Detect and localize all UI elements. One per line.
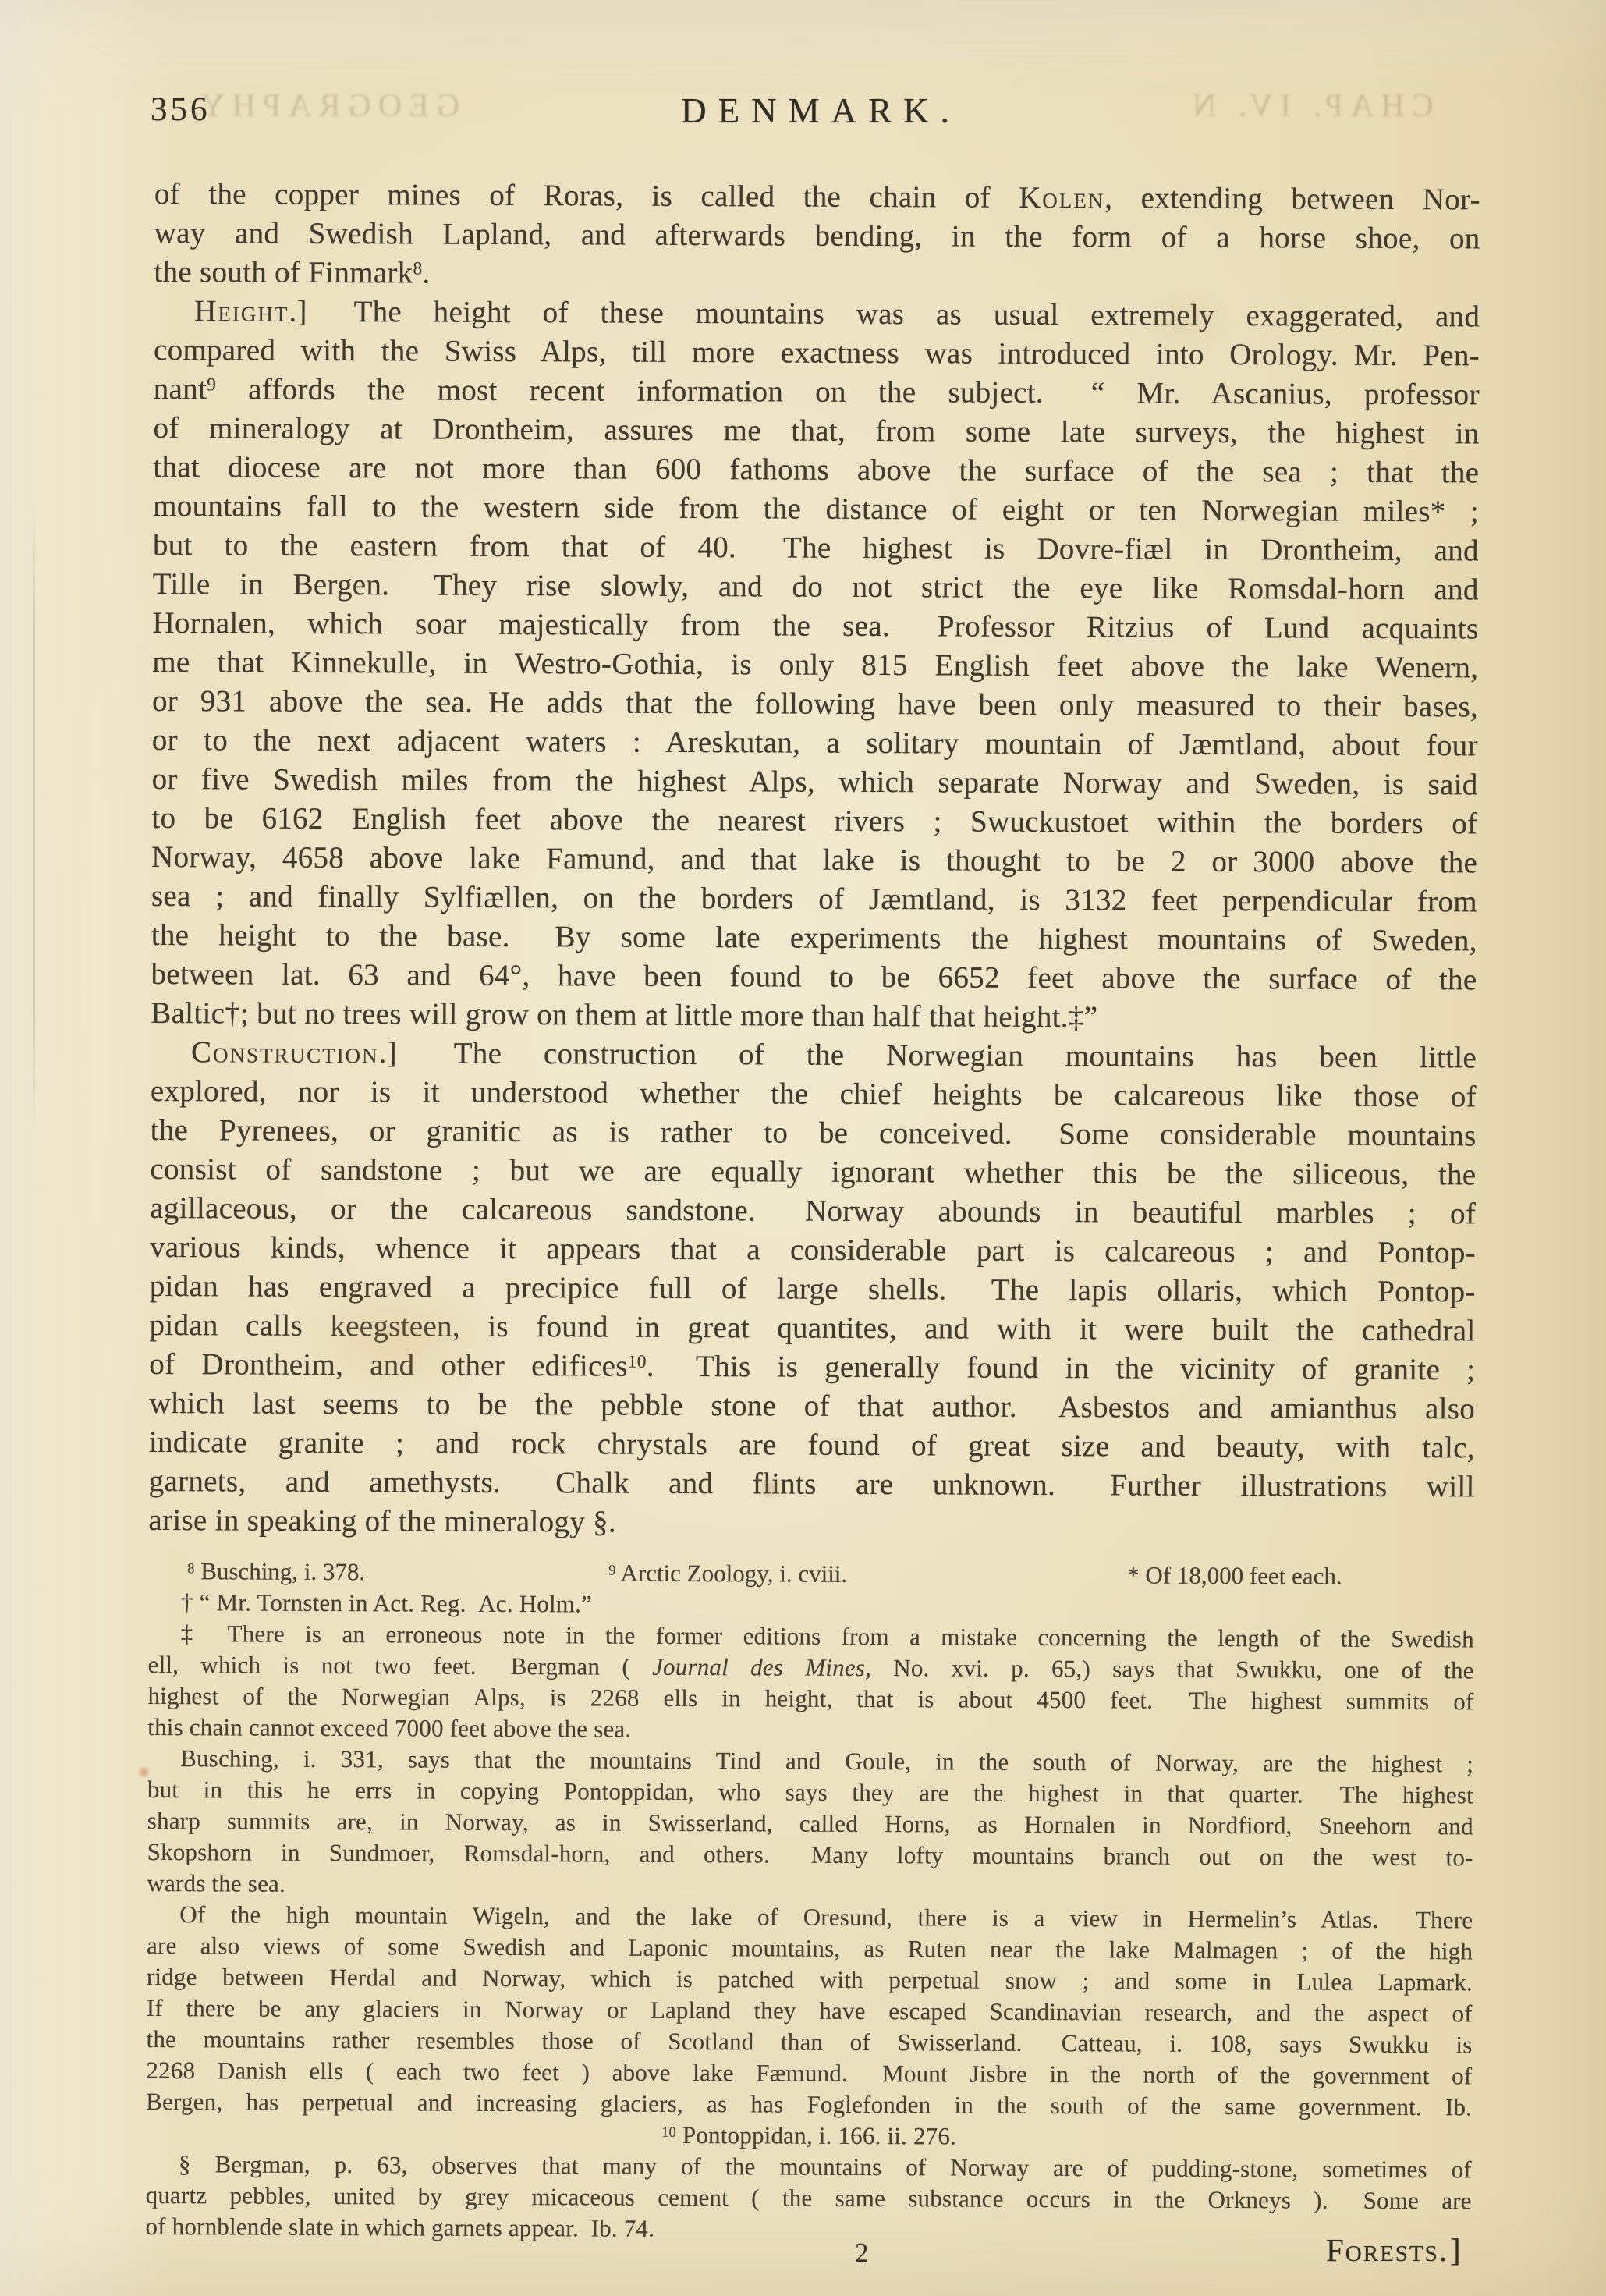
- text-line: me that Kinnekulle, in Westro-Gothia, is…: [152, 643, 1478, 687]
- bleedthrough-text-right: CHAP. IV. N: [1186, 87, 1434, 125]
- footnote-busching-tind-goule: Busching, i. 331, says that the mountain…: [147, 1743, 1473, 1904]
- paragraph-construction: Construction.] The construction of the N…: [148, 1033, 1477, 1545]
- text-line: various kinds, whence it appears that a …: [150, 1228, 1476, 1272]
- text-line: the Pyrenees, or granitic as is rather t…: [151, 1111, 1477, 1155]
- text-line: way and Swedish Lapland, and afterwards …: [154, 214, 1480, 258]
- text-line: agillaceous, or the calcareous sandstone…: [150, 1189, 1476, 1233]
- footnotes: 8 Busching, i. 378. 9 Arctic Zoology, i.…: [145, 1556, 1474, 2248]
- text-line: garnets, and amethysts. Chalk and flints…: [149, 1462, 1475, 1506]
- text-line: the height to the base. By some late exp…: [151, 916, 1477, 960]
- text-line: which last seems to be the pebble stone …: [149, 1384, 1475, 1428]
- text-line: Skopshorn in Sundmoer, Romsdal-horn, and…: [147, 1836, 1473, 1873]
- text-line: of mineralogy at Drontheim, assures me t…: [153, 409, 1479, 453]
- text-line: Bergen, has perpetual and increasing gla…: [146, 2086, 1472, 2123]
- text-line: that diocese are not more than 600 fatho…: [153, 448, 1479, 492]
- text-line: mountains fall to the western side from …: [153, 487, 1479, 531]
- text-line: of the copper mines of Roras, is called …: [154, 175, 1480, 219]
- catchword: Forests.]: [1326, 2231, 1464, 2269]
- text-line: but to the eastern from that of 40. The …: [153, 526, 1479, 570]
- book-page: 356 DENMARK. GEOGRAPHY. CHAP. IV. N of t…: [0, 0, 1606, 2296]
- text-line: Tille in Bergen. They rise slowly, and d…: [153, 565, 1479, 609]
- text-line: Height.] The height of these mountains w…: [154, 292, 1480, 336]
- text-line: of Drontheim, and other edifices10. This…: [149, 1345, 1475, 1389]
- footnote-ref-busching: 8 Busching, i. 378.: [187, 1556, 365, 1588]
- text-line: or 931 above the sea. He adds that the f…: [152, 682, 1478, 726]
- footnote-ref-star: * Of 18,000 feet each.: [1127, 1560, 1342, 1592]
- text-content: of the copper mines of Roras, is called …: [145, 175, 1480, 2248]
- text-line: consist of sandstone ; but we are equall…: [150, 1150, 1476, 1194]
- text-line: indicate granite ; and rock chrystals ar…: [149, 1423, 1475, 1467]
- text-line: pidan has engraved a precipice full of l…: [150, 1267, 1476, 1311]
- text-line: arise in speaking of the mineralogy §.: [148, 1501, 1474, 1545]
- paragraph-height: Height.] The height of these mountains w…: [151, 292, 1480, 1038]
- text-line: or to the next adjacent waters : Areskut…: [152, 721, 1478, 765]
- text-line: Baltic†; but no trees will grow on them …: [151, 994, 1477, 1038]
- text-line: to be 6162 English feet above the neares…: [151, 799, 1477, 843]
- footnote-ref-arctic-zoology: 9 Arctic Zoology, i. cviii.: [608, 1558, 847, 1590]
- text-line: compared with the Swiss Alps, till more …: [154, 331, 1480, 375]
- footnote-bergman-pudding-stone: § Bergman, p. 63, observes that many of …: [145, 2149, 1472, 2248]
- paragraph-kolen-chain: of the copper mines of Roras, is called …: [154, 175, 1480, 297]
- footnote-paragraphs: † “ Mr. Tornsten in Act. Reg. Ac. Holm.”…: [145, 1587, 1474, 2248]
- footnote-double-dagger-swedish-ell: ‡ There is an erroneous note in the form…: [147, 1618, 1474, 1748]
- body-text: of the copper mines of Roras, is called …: [148, 175, 1480, 1545]
- text-line: Norway, 4658 above lake Famund, and that…: [151, 838, 1477, 882]
- footnote-refs-line: 8 Busching, i. 378. 9 Arctic Zoology, i.…: [148, 1556, 1474, 1592]
- page-edge-line: [33, 499, 35, 1139]
- text-line: of hornblende slate in which garnets app…: [145, 2211, 1471, 2248]
- text-line: nant9 affords the most recent informatio…: [154, 370, 1480, 414]
- text-line: pidan calls keegsteen, is found in great…: [149, 1306, 1475, 1350]
- text-line: Hornalen, which soar majestically from t…: [152, 604, 1478, 648]
- bleedthrough-text-left: GEOGRAPHY.: [183, 87, 459, 125]
- text-line: Construction.] The construction of the N…: [151, 1033, 1477, 1077]
- text-line: explored, nor is it understood whether t…: [151, 1072, 1477, 1116]
- footnote-wigeln-glaciers: Of the high mountain Wigeln, and the lak…: [146, 1899, 1473, 2123]
- text-line: the south of Finmark8.: [154, 253, 1480, 297]
- signature-mark: 2: [855, 2237, 869, 2269]
- text-line: or five Swedish miles from the highest A…: [152, 760, 1478, 804]
- text-line: sea ; and finally Sylfiællen, on the bor…: [151, 877, 1477, 921]
- text-line: between lat. 63 and 64°, have been found…: [151, 955, 1477, 999]
